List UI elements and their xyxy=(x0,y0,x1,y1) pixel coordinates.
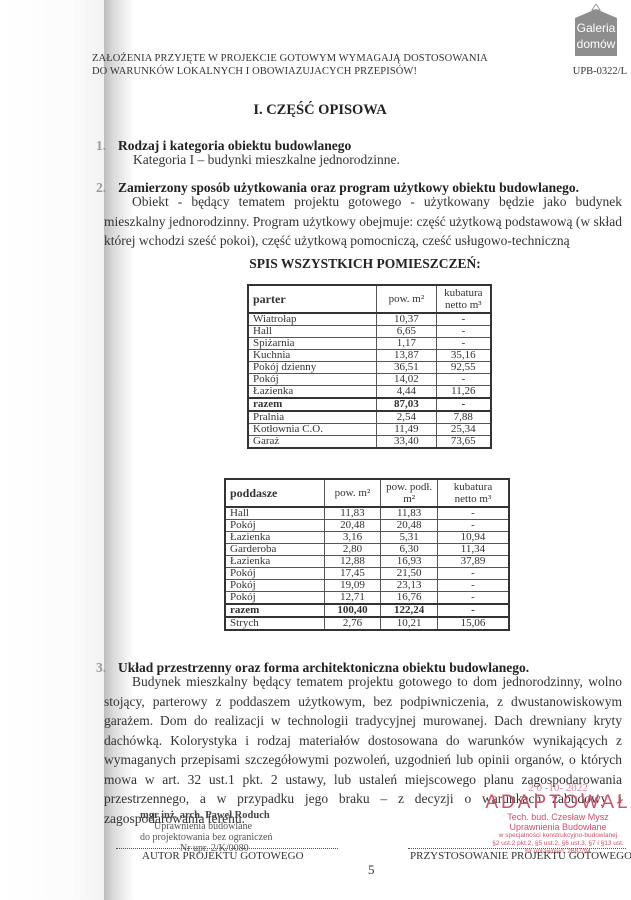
table-row: Hall6,65- xyxy=(248,326,491,338)
room-name: Łazienka xyxy=(248,386,377,399)
table-row: Garderoba2,806,3011,34 xyxy=(225,544,509,556)
room-name: Pokój xyxy=(225,568,324,580)
cell-value: 10,94 xyxy=(437,532,509,544)
cell-value: 11,83 xyxy=(381,507,438,520)
cell-value: 12,71 xyxy=(324,592,381,605)
section-2-text: Obiekt - będący tematem projektu gotoweg… xyxy=(104,192,622,251)
rooms-list-title: SPIS WSZYSTKICH POMIESZCZEŃ: xyxy=(0,256,631,272)
cell-value: - xyxy=(437,520,509,532)
table-total-row: razem100,40122,24- xyxy=(225,604,509,617)
cell-value: 5,31 xyxy=(381,532,438,544)
cell-value: - xyxy=(436,374,491,386)
cell-value: 4,44 xyxy=(377,386,437,399)
svg-text:Galeria: Galeria xyxy=(577,21,616,35)
table-row: Hall11,8311,83- xyxy=(225,507,509,520)
cell-value: 92,55 xyxy=(436,362,491,374)
room-name: Łazienka xyxy=(225,556,324,568)
table-row: Pralnia2,547,88 xyxy=(248,411,491,424)
cell-value: 10,37 xyxy=(377,313,437,326)
cell-value: - xyxy=(437,507,509,520)
cell-value: 23,13 xyxy=(381,580,438,592)
cell-value: 87,03 xyxy=(377,398,437,411)
cell-value: - xyxy=(437,568,509,580)
adaptation-stamp: 2 0 -10- 2022 ADAPTOWAŁ Tech. bud. Czesł… xyxy=(478,782,631,856)
cell-value: 6,65 xyxy=(377,326,437,338)
ground-floor-rooms-table: parterpow. m²kubatura netto m³Wiatrołap1… xyxy=(247,284,492,449)
room-name: Strych xyxy=(225,617,324,630)
author-caption: AUTOR PROJEKTU GOTOWEGO xyxy=(142,850,304,862)
table-row: Pokój dzienny36,5192,55 xyxy=(248,362,491,374)
cell-value: 13,87 xyxy=(377,350,437,362)
floor-label: parter xyxy=(248,285,377,313)
cell-value: 11,34 xyxy=(437,544,509,556)
cell-value: 19,09 xyxy=(324,580,381,592)
table-row: Pokój20,4820,48- xyxy=(225,520,509,532)
page-number: 5 xyxy=(368,862,375,878)
table-row: Łazienka12,8816,9337,89 xyxy=(225,556,509,568)
cell-value: 12,88 xyxy=(324,556,381,568)
column-header: kubatura netto m³ xyxy=(437,479,509,507)
room-name: Pokój xyxy=(225,580,324,592)
table-row: Spiżarnia1,17- xyxy=(248,338,491,350)
cell-value: 2,76 xyxy=(324,617,381,630)
table-row: Kotłownia C.O.11,4925,34 xyxy=(248,424,491,436)
project-code: UPB-0322/L xyxy=(573,66,627,77)
cell-value: 17,45 xyxy=(324,568,381,580)
column-header: pow. m² xyxy=(324,479,381,507)
cell-value: - xyxy=(437,580,509,592)
table-row: Pokój14,02- xyxy=(248,374,491,386)
room-name: razem xyxy=(225,604,324,617)
section-1-text: Kategoria I – budynki mieszkalne jednoro… xyxy=(133,150,613,170)
adaptation-notice-line2: DO WARUNKÓW LOKALNYCH I OBOWIAZUJACYCH P… xyxy=(92,66,417,77)
room-name: Pokój xyxy=(225,520,324,532)
table-row: Łazienka3,165,3110,94 xyxy=(225,532,509,544)
cell-value: 2,80 xyxy=(324,544,381,556)
cell-value: - xyxy=(437,592,509,605)
room-name: Wiatrołap xyxy=(248,313,377,326)
room-name: Pokój dzienny xyxy=(248,362,377,374)
room-name: Hall xyxy=(225,507,324,520)
room-name: Garaż xyxy=(248,436,377,449)
table-row: Strych2,7610,2115,06 xyxy=(225,617,509,630)
cell-value: - xyxy=(437,604,509,617)
section-1-number: 1. xyxy=(96,138,106,154)
adapter-signature-line xyxy=(408,848,626,849)
room-name: Garderoba xyxy=(225,544,324,556)
cell-value: 7,88 xyxy=(436,411,491,424)
cell-value: 73,65 xyxy=(436,436,491,449)
section-title: I. CZĘŚĆ OPISOWA xyxy=(0,102,631,119)
table-row: Pokój19,0923,13- xyxy=(225,580,509,592)
cell-value: 10,21 xyxy=(381,617,438,630)
column-header: pow. m² xyxy=(377,285,437,313)
table-row: Pokój12,7116,76- xyxy=(225,592,509,605)
floor-label: poddasze xyxy=(225,479,324,507)
table-row: Wiatrołap10,37- xyxy=(248,313,491,326)
table-row: Łazienka4,4411,26 xyxy=(248,386,491,399)
cell-value: 36,51 xyxy=(377,362,437,374)
room-name: Kuchnia xyxy=(248,350,377,362)
cell-value: 6,30 xyxy=(381,544,438,556)
room-name: Pokój xyxy=(248,374,377,386)
cell-value: 11,26 xyxy=(436,386,491,399)
cell-value: 25,34 xyxy=(436,424,491,436)
cell-value: 35,16 xyxy=(436,350,491,362)
table-row: Pokój17,4521,50- xyxy=(225,568,509,580)
cell-value: 21,50 xyxy=(381,568,438,580)
cell-value: 2,54 xyxy=(377,411,437,424)
cell-value: 15,06 xyxy=(437,617,509,630)
adaptation-notice-line1: ZAŁOŻENIA PRZYJĘTE W PROJEKCIE GOTOWYM W… xyxy=(92,53,488,64)
cell-value: - xyxy=(436,338,491,350)
cell-value: - xyxy=(436,326,491,338)
cell-value: 20,48 xyxy=(381,520,438,532)
cell-value: - xyxy=(436,313,491,326)
cell-value: 11,83 xyxy=(324,507,381,520)
room-name: Łazienka xyxy=(225,532,324,544)
column-header: pow. podł. m² xyxy=(381,479,438,507)
adapter-caption: PRZYSTOSOWANIE PROJEKTU GOTOWEGO xyxy=(410,850,631,862)
table-header-row: poddaszepow. m²pow. podł. m²kubatura net… xyxy=(225,479,509,507)
cell-value: 122,24 xyxy=(381,604,438,617)
cell-value: 14,02 xyxy=(377,374,437,386)
room-name: Pokój xyxy=(225,592,324,605)
cell-value: 11,49 xyxy=(377,424,437,436)
table-header-row: parterpow. m²kubatura netto m³ xyxy=(248,285,491,313)
cell-value: 20,48 xyxy=(324,520,381,532)
cell-value: 37,89 xyxy=(437,556,509,568)
cell-value: 1,17 xyxy=(377,338,437,350)
author-signature-line xyxy=(116,848,338,849)
room-name: Hall xyxy=(248,326,377,338)
cell-value: - xyxy=(436,398,491,411)
room-name: razem xyxy=(248,398,377,411)
scan-left-margin xyxy=(0,0,104,900)
svg-text:domów: domów xyxy=(577,37,616,51)
cell-value: 100,40 xyxy=(324,604,381,617)
cell-value: 33,40 xyxy=(377,436,437,449)
room-name: Spiżarnia xyxy=(248,338,377,350)
cell-value: 16,76 xyxy=(381,592,438,605)
table-row: Garaż33,4073,65 xyxy=(248,436,491,449)
attic-rooms-table: poddaszepow. m²pow. podł. m²kubatura net… xyxy=(224,478,510,631)
galeria-domow-logo: Galeria domów xyxy=(567,4,625,56)
column-header: kubatura netto m³ xyxy=(436,285,491,313)
table-total-row: razem87,03- xyxy=(248,398,491,411)
table-row: Kuchnia13,8735,16 xyxy=(248,350,491,362)
room-name: Pralnia xyxy=(248,411,377,424)
cell-value: 16,93 xyxy=(381,556,438,568)
room-name: Kotłownia C.O. xyxy=(248,424,377,436)
cell-value: 3,16 xyxy=(324,532,381,544)
